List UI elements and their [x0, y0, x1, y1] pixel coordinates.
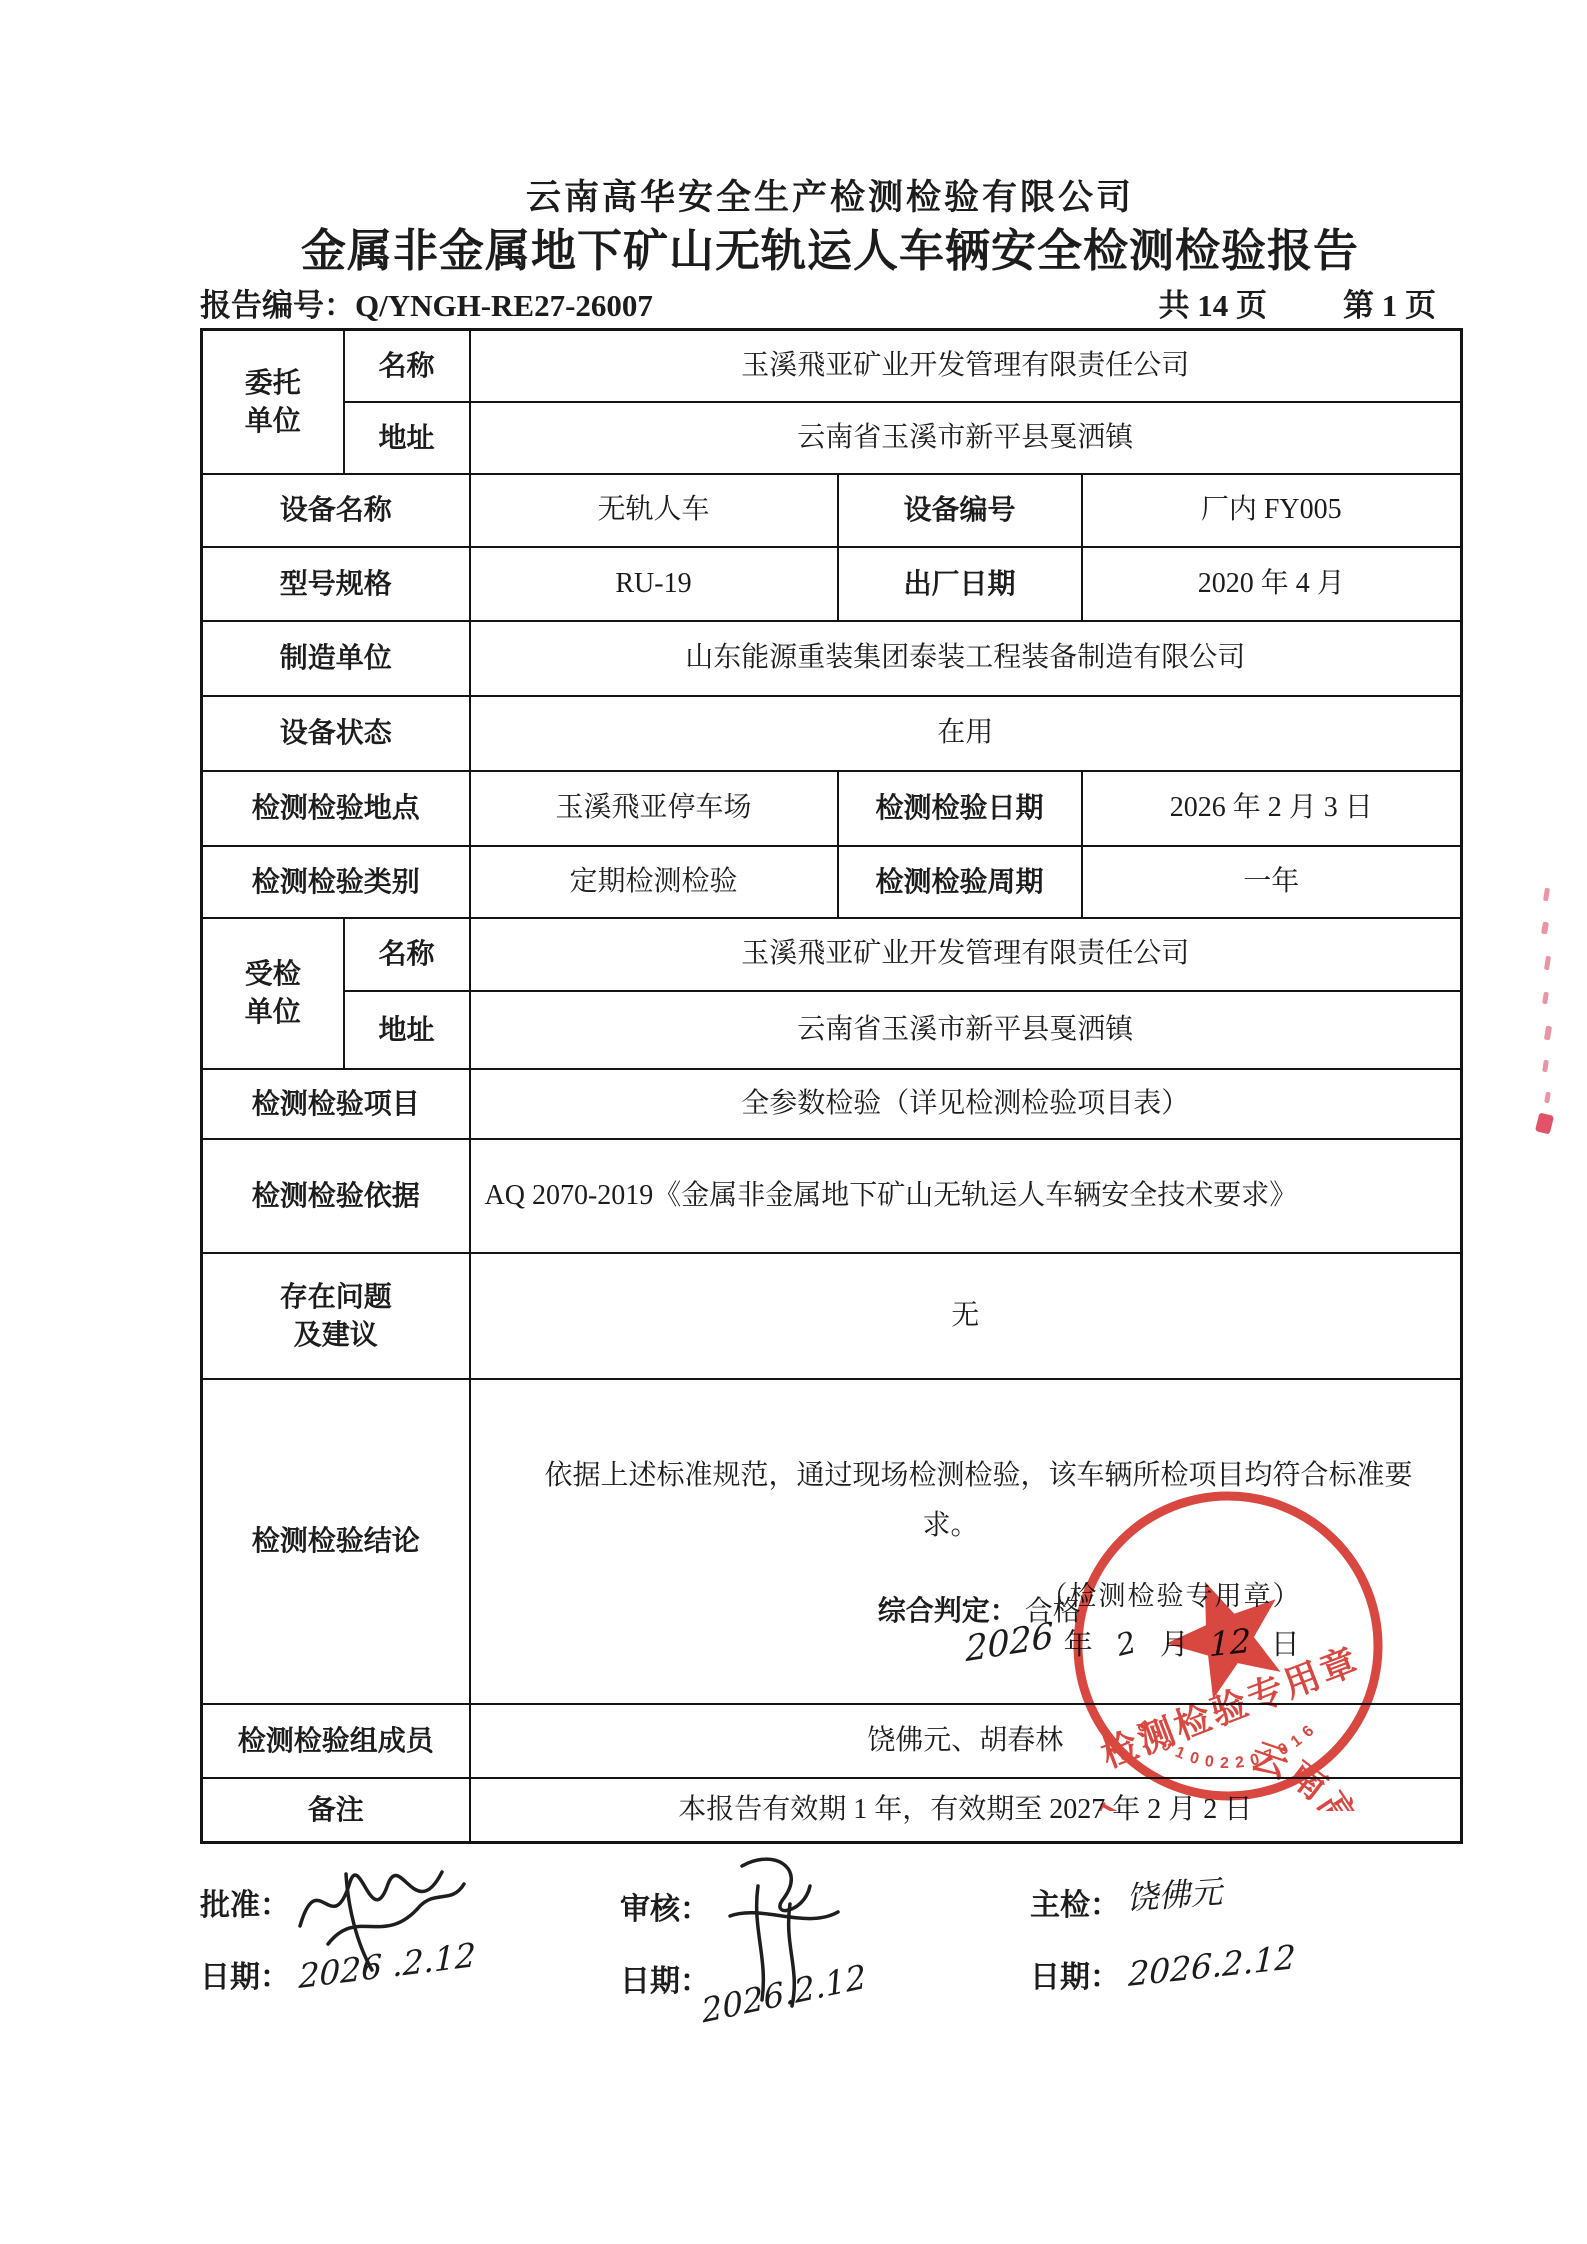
cell-mfg-date: 2020 年 4 月 — [1082, 547, 1462, 621]
table-row: 设备状态 在用 — [202, 696, 1462, 771]
current-page: 第 1 页 — [1343, 280, 1436, 325]
cell-subject-addr-label: 地址 — [344, 991, 470, 1069]
cell-model-label: 型号规格 — [202, 547, 470, 621]
table-row: 存在问题 及建议 无 — [202, 1253, 1462, 1379]
cell-basis-label: 检测检验依据 — [202, 1139, 470, 1253]
handwritten-month: 2 — [1112, 1623, 1140, 1667]
red-mark — [1544, 1026, 1552, 1041]
cell-insp-date-label: 检测检验日期 — [838, 771, 1082, 846]
table-row: 地址 云南省玉溪市新平县戛洒镇 — [202, 991, 1462, 1069]
cell-model: RU-19 — [470, 547, 838, 621]
cell-subject-addr: 云南省玉溪市新平县戛洒镇 — [470, 991, 1462, 1069]
cell-category: 定期检测检验 — [470, 846, 838, 918]
cell-problems-label: 存在问题 及建议 — [202, 1253, 470, 1379]
table-row: 受检 单位 名称 玉溪飛亚矿业开发管理有限责任公司 — [202, 918, 1462, 991]
cell-remark-label: 备注 — [202, 1778, 470, 1843]
handwritten-day: 12 — [1209, 1618, 1251, 1667]
table-row: 地址 云南省玉溪市新平县戛洒镇 — [202, 402, 1462, 474]
table-row: 检测检验地点 玉溪飛亚停车场 检测检验日期 2026 年 2 月 3 日 — [202, 771, 1462, 846]
cell-client-addr-label: 地址 — [344, 402, 470, 474]
day-unit: 日 — [1271, 1626, 1300, 1665]
approve-label: 批准： — [200, 1880, 290, 1924]
cell-team-label: 检测检验组成员 — [202, 1704, 470, 1778]
inspector-date-value: 2026.2.12 — [1128, 1937, 1296, 1994]
cell-client-group: 委托 单位 — [202, 330, 344, 474]
stamp-note: （检测检验专用章） — [1041, 1578, 1302, 1614]
cell-manufacturer: 山东能源重装集团泰装工程装备制造有限公司 — [470, 621, 1462, 696]
cell-location: 玉溪飛亚停车场 — [470, 771, 838, 846]
cell-mfg-date-label: 出厂日期 — [838, 547, 1082, 621]
cell-remark: 本报告有效期 1 年，有效期至 2027 年 2 月 2 日 — [470, 1778, 1462, 1843]
red-mark — [1542, 992, 1549, 1005]
cell-client-addr: 云南省玉溪市新平县戛洒镇 — [470, 402, 1462, 474]
red-mark — [1535, 1112, 1554, 1134]
report-number: 报告编号： Q/YNGH-RE27-26007 — [200, 280, 653, 325]
table-row: 型号规格 RU-19 出厂日期 2020 年 4 月 — [202, 547, 1462, 621]
table-row: 检测检验依据 AQ 2070-2019《金属非金属地下矿山无轨运人车辆安全技术要… — [202, 1139, 1462, 1253]
cell-device-no: 厂内 FY005 — [1082, 474, 1462, 547]
cell-location-label: 检测检验地点 — [202, 771, 470, 846]
table-row: 委托 单位 名称 玉溪飛亚矿业开发管理有限责任公司 — [202, 330, 1462, 402]
report-title: 金属非金属地下矿山无轨运人车辆安全检测检验报告 — [163, 214, 1497, 279]
review-label: 审核： — [620, 1884, 710, 1928]
conclusion-paragraph: 依据上述标准规范，通过现场检测检验，该车辆所检项目均符合标准要求。 — [475, 1451, 1427, 1551]
approve-date-label: 日期： — [200, 1952, 290, 1996]
table-row: 检测检验结论 依据上述标准规范，通过现场检测检验，该车辆所检项目均符合标准要求。… — [202, 1379, 1462, 1704]
cell-conclusion: 依据上述标准规范，通过现场检测检验，该车辆所检项目均符合标准要求。 综合判定： … — [470, 1379, 1462, 1704]
red-mark — [1544, 956, 1551, 971]
inspector-date-label: 日期： — [1030, 1952, 1120, 1996]
table-row: 检测检验类别 定期检测检验 检测检验周期 一年 — [202, 846, 1462, 918]
cell-status-label: 设备状态 — [202, 696, 470, 771]
cell-manufacturer-label: 制造单位 — [202, 621, 470, 696]
red-mark — [1544, 1092, 1551, 1104]
cell-problems: 无 — [470, 1253, 1462, 1379]
cell-client-name: 玉溪飛亚矿业开发管理有限责任公司 — [470, 330, 1462, 402]
cell-device-name-label: 设备名称 — [202, 474, 470, 547]
cell-client-name-label: 名称 — [344, 330, 470, 402]
red-mark — [1542, 1060, 1549, 1073]
cell-category-label: 检测检验类别 — [202, 846, 470, 918]
cell-subject-group: 受检 单位 — [202, 918, 344, 1069]
cell-cycle-label: 检测检验周期 — [838, 846, 1082, 918]
cell-team: 饶佛元、胡春林 — [470, 1704, 1462, 1778]
total-pages: 共 14 页 — [1159, 280, 1268, 325]
cell-items: 全参数检验（详见检测检验项目表） — [470, 1069, 1462, 1139]
report-meta-line: 报告编号： Q/YNGH-RE27-26007 共 14 页 第 1 页 — [200, 280, 1460, 325]
report-table: 委托 单位 名称 玉溪飛亚矿业开发管理有限责任公司 地址 云南省玉溪市新平县戛洒… — [200, 328, 1463, 1844]
cell-conclusion-label: 检测检验结论 — [202, 1379, 470, 1704]
issuing-company-name: 云南高华安全生产检测检验有限公司 — [163, 170, 1497, 220]
cell-status: 在用 — [470, 696, 1462, 771]
red-mark — [1543, 888, 1550, 902]
inspector-name-signature: 饶佛元 — [1125, 1867, 1224, 1920]
inspector-label: 主检： — [1030, 1880, 1120, 1924]
handwritten-year: 2026 — [965, 1612, 1054, 1674]
year-unit: 年 — [1064, 1626, 1093, 1665]
cell-device-no-label: 设备编号 — [838, 474, 1082, 547]
cell-subject-name: 玉溪飛亚矿业开发管理有限责任公司 — [470, 918, 1462, 991]
cell-subject-name-label: 名称 — [344, 918, 470, 991]
report-number-label: 报告编号： — [200, 280, 355, 325]
signature-block: 批准： 日期： 2026 .2.12 审核： 日期： 2026.2.12 主检：… — [200, 1862, 1520, 2082]
table-row: 备注 本报告有效期 1 年，有效期至 2027 年 2 月 2 日 — [202, 1778, 1462, 1843]
table-row: 检测检验项目 全参数检验（详见检测检验项目表） — [202, 1069, 1462, 1139]
report-page: 云南高华安全生产检测检验有限公司 金属非金属地下矿山无轨运人车辆安全检测检验报告… — [0, 0, 1587, 2244]
report-number-value: Q/YNGH-RE27-26007 — [355, 288, 653, 324]
table-row: 设备名称 无轨人车 设备编号 厂内 FY005 — [202, 474, 1462, 547]
cell-basis: AQ 2070-2019《金属非金属地下矿山无轨运人车辆安全技术要求》 — [470, 1139, 1462, 1253]
page-info: 共 14 页 第 1 页 — [1159, 280, 1461, 325]
cell-insp-date: 2026 年 2 月 3 日 — [1082, 771, 1462, 846]
table-row: 制造单位 山东能源重装集团泰装工程装备制造有限公司 — [202, 621, 1462, 696]
conclusion-date-line: 2026 年 2 月 12 日 — [965, 1620, 1310, 1667]
month-unit: 月 — [1160, 1626, 1189, 1665]
review-date-label: 日期： — [620, 1956, 710, 2000]
table-row: 检测检验组成员 饶佛元、胡春林 — [202, 1704, 1462, 1778]
cell-cycle: 一年 — [1082, 846, 1462, 918]
red-mark — [1541, 922, 1549, 935]
cell-device-name: 无轨人车 — [470, 474, 838, 547]
cell-items-label: 检测检验项目 — [202, 1069, 470, 1139]
